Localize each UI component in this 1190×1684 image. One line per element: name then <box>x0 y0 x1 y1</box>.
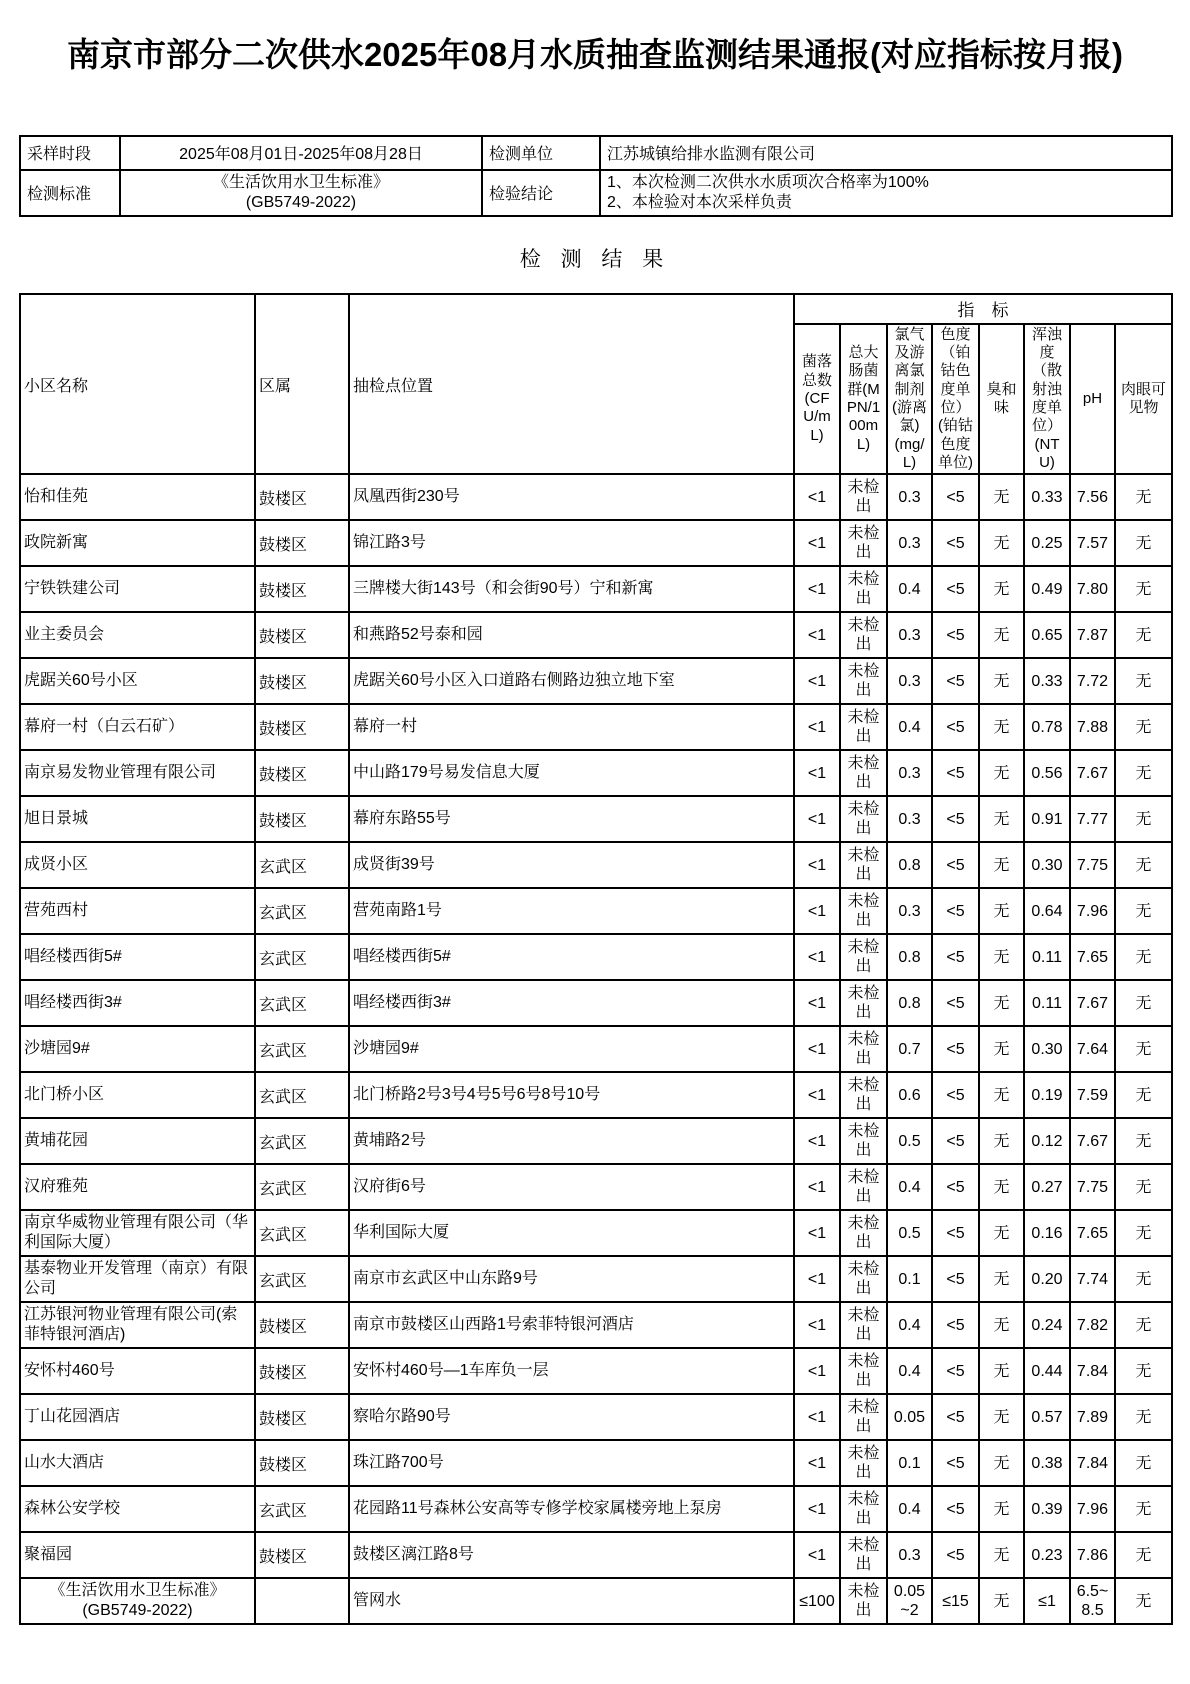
value-cell: <5 <box>932 1210 979 1256</box>
value-cell: 无 <box>1115 980 1172 1026</box>
value-cell: <1 <box>794 1026 840 1072</box>
value-cell: 0.30 <box>1024 1026 1070 1072</box>
value-cell: <1 <box>794 658 840 704</box>
community-name-cell: 政院新寓 <box>20 520 255 566</box>
value-cell: 无 <box>1115 1210 1172 1256</box>
district-cell: 玄武区 <box>255 1256 349 1302</box>
table-row: 山水大酒店鼓楼区珠江路700号<1未检出0.1<5无0.387.84无 <box>20 1440 1172 1486</box>
value-cell: <1 <box>794 842 840 888</box>
value-cell: 无 <box>979 1210 1024 1256</box>
table-row: 黄埔花园玄武区黄埔路2号<1未检出0.5<5无0.127.67无 <box>20 1118 1172 1164</box>
community-name-cell: 山水大酒店 <box>20 1440 255 1486</box>
table-row: 政院新寓鼓楼区锦江路3号<1未检出0.3<5无0.257.57无 <box>20 520 1172 566</box>
value-cell: 0.4 <box>887 1348 932 1394</box>
value-cell: <5 <box>932 1256 979 1302</box>
value-cell: 无 <box>1115 1532 1172 1578</box>
value-cell: 0.24 <box>1024 1302 1070 1348</box>
value-cell: 0.23 <box>1024 1532 1070 1578</box>
value-cell: 无 <box>1115 1348 1172 1394</box>
location-cell: 南京市鼓楼区山西路1号索菲特银河酒店 <box>349 1302 794 1348</box>
value-cell: 7.87 <box>1070 612 1115 658</box>
value-cell: <5 <box>932 842 979 888</box>
community-name-cell: 虎踞关60号小区 <box>20 658 255 704</box>
table-row: 虎踞关60号小区鼓楼区虎踞关60号小区入口道路右侧路边独立地下室<1未检出0.3… <box>20 658 1172 704</box>
location-cell: 黄埔路2号 <box>349 1118 794 1164</box>
value-cell: <5 <box>932 888 979 934</box>
value-cell: <5 <box>932 566 979 612</box>
indicator-header-cell: 肉眼可见物 <box>1115 324 1172 474</box>
value-cell: 0.49 <box>1024 566 1070 612</box>
value-cell: 7.84 <box>1070 1440 1115 1486</box>
value-cell: 7.56 <box>1070 474 1115 520</box>
conclusion-line1: 1、本次检测二次供水水质项次合格率为100% <box>607 173 1165 193</box>
table-row: 聚福园鼓楼区鼓楼区漓江路8号<1未检出0.3<5无0.237.86无 <box>20 1532 1172 1578</box>
value-cell: <1 <box>794 1164 840 1210</box>
value-cell: 无 <box>979 1440 1024 1486</box>
standard-value-cell: 未检出 <box>840 1578 887 1624</box>
value-cell: 未检出 <box>840 1256 887 1302</box>
location-cell: 三牌楼大街143号（和会街90号）宁和新寓 <box>349 566 794 612</box>
value-cell: <1 <box>794 1532 840 1578</box>
district-cell: 鼓楼区 <box>255 796 349 842</box>
community-name-cell: 业主委员会 <box>20 612 255 658</box>
district-cell: 鼓楼区 <box>255 658 349 704</box>
community-name-cell: 安怀村460号 <box>20 1348 255 1394</box>
value-cell: 未检出 <box>840 520 887 566</box>
value-cell: <5 <box>932 520 979 566</box>
value-cell: 无 <box>979 1164 1024 1210</box>
value-cell: 7.84 <box>1070 1348 1115 1394</box>
location-cell: 南京市玄武区中山东路9号 <box>349 1256 794 1302</box>
standard-value-cell: 无 <box>1115 1578 1172 1624</box>
value-cell: <1 <box>794 750 840 796</box>
standard-value-cell: 6.5~8.5 <box>1070 1578 1115 1624</box>
community-name-cell: 幕府一村（白云石矿） <box>20 704 255 750</box>
community-name-cell: 黄埔花园 <box>20 1118 255 1164</box>
value-cell: <1 <box>794 1256 840 1302</box>
value-cell: 0.8 <box>887 934 932 980</box>
standard-label: 检测标准 <box>20 170 120 216</box>
value-cell: 未检出 <box>840 704 887 750</box>
location-cell: 和燕路52号泰和园 <box>349 612 794 658</box>
value-cell: 无 <box>1115 1302 1172 1348</box>
value-cell: 7.75 <box>1070 842 1115 888</box>
table-row: 怡和佳苑鼓楼区凤凰西街230号<1未检出0.3<5无0.337.56无 <box>20 474 1172 520</box>
value-cell: 未检出 <box>840 474 887 520</box>
value-cell: <1 <box>794 1302 840 1348</box>
value-cell: 0.11 <box>1024 980 1070 1026</box>
value-cell: 7.67 <box>1070 980 1115 1026</box>
info-row-sampling: 采样时段 2025年08月01日-2025年08月28日 检测单位 江苏城镇给排… <box>20 136 1172 170</box>
value-cell: 0.1 <box>887 1256 932 1302</box>
value-cell: 未检出 <box>840 612 887 658</box>
value-cell: 0.39 <box>1024 1486 1070 1532</box>
community-name-cell: 唱经楼西街5# <box>20 934 255 980</box>
value-cell: 无 <box>979 1394 1024 1440</box>
standard-value: 《生活饮用水卫生标准》 (GB5749-2022) <box>120 170 482 216</box>
value-cell: 7.72 <box>1070 658 1115 704</box>
value-cell: 7.96 <box>1070 1486 1115 1532</box>
value-cell: <1 <box>794 1072 840 1118</box>
testing-unit-label: 检测单位 <box>482 136 600 170</box>
value-cell: 未检出 <box>840 1302 887 1348</box>
table-row: 幕府一村（白云石矿）鼓楼区幕府一村<1未检出0.4<5无0.787.88无 <box>20 704 1172 750</box>
district-cell: 鼓楼区 <box>255 520 349 566</box>
standard-value-cell: 无 <box>979 1578 1024 1624</box>
value-cell: 0.16 <box>1024 1210 1070 1256</box>
value-cell: 无 <box>979 1348 1024 1394</box>
value-cell: 无 <box>1115 1072 1172 1118</box>
location-cell: 成贤街39号 <box>349 842 794 888</box>
value-cell: 无 <box>1115 474 1172 520</box>
value-cell: 7.96 <box>1070 888 1115 934</box>
value-cell: 0.4 <box>887 1164 932 1210</box>
value-cell: 未检出 <box>840 1394 887 1440</box>
value-cell: 无 <box>1115 566 1172 612</box>
location-cell: 鼓楼区漓江路8号 <box>349 1532 794 1578</box>
value-cell: 0.38 <box>1024 1440 1070 1486</box>
district-cell: 鼓楼区 <box>255 704 349 750</box>
table-row: 业主委员会鼓楼区和燕路52号泰和园<1未检出0.3<5无0.657.87无 <box>20 612 1172 658</box>
value-cell: 未检出 <box>840 1164 887 1210</box>
value-cell: 0.3 <box>887 888 932 934</box>
indicators-header: 指 标 <box>794 294 1172 324</box>
value-cell: 无 <box>1115 520 1172 566</box>
value-cell: <5 <box>932 1302 979 1348</box>
community-name-cell: 营苑西村 <box>20 888 255 934</box>
value-cell: 无 <box>979 1486 1024 1532</box>
value-cell: 无 <box>1115 1256 1172 1302</box>
value-cell: 0.57 <box>1024 1394 1070 1440</box>
value-cell: <1 <box>794 796 840 842</box>
value-cell: 无 <box>979 1118 1024 1164</box>
standard-value-cell: ≤15 <box>932 1578 979 1624</box>
value-cell: 无 <box>979 566 1024 612</box>
sampling-period-label: 采样时段 <box>20 136 120 170</box>
value-cell: 0.64 <box>1024 888 1070 934</box>
community-name-cell: 丁山花园酒店 <box>20 1394 255 1440</box>
location-cell: 花园路11号森林公安高等专修学校家属楼旁地上泵房 <box>349 1486 794 1532</box>
section-title: 检 测 结 果 <box>19 243 1171 273</box>
district-cell: 鼓楼区 <box>255 750 349 796</box>
community-name-cell: 基泰物业开发管理（南京）有限公司 <box>20 1256 255 1302</box>
value-cell: 无 <box>1115 1118 1172 1164</box>
table-row: 森林公安学校玄武区花园路11号森林公安高等专修学校家属楼旁地上泵房<1未检出0.… <box>20 1486 1172 1532</box>
indicator-header-cell: 色度（铂钴色度单位）(铂钴色度单位) <box>932 324 979 474</box>
district-cell: 鼓楼区 <box>255 1348 349 1394</box>
value-cell: 7.80 <box>1070 566 1115 612</box>
value-cell: 无 <box>979 658 1024 704</box>
testing-unit-value: 江苏城镇给排水监测有限公司 <box>600 136 1172 170</box>
location-cell: 唱经楼西街5# <box>349 934 794 980</box>
indicator-header-cell: 氯气及游离氯制剂(游离氯)(mg/L) <box>887 324 932 474</box>
value-cell: 0.30 <box>1024 842 1070 888</box>
value-cell: <1 <box>794 1348 840 1394</box>
location-cell: 幕府一村 <box>349 704 794 750</box>
value-cell: 0.4 <box>887 704 932 750</box>
value-cell: 无 <box>979 842 1024 888</box>
value-cell: 无 <box>1115 1394 1172 1440</box>
value-cell: 0.7 <box>887 1026 932 1072</box>
value-cell: 7.64 <box>1070 1026 1115 1072</box>
table-row: 宁铁铁建公司鼓楼区三牌楼大街143号（和会街90号）宁和新寓<1未检出0.4<5… <box>20 566 1172 612</box>
value-cell: <5 <box>932 1026 979 1072</box>
value-cell: 无 <box>1115 1026 1172 1072</box>
indicator-header-cell: 菌落总数(CFU/mL) <box>794 324 840 474</box>
community-name-cell: 聚福园 <box>20 1532 255 1578</box>
community-name-cell: 江苏银河物业管理有限公司(索菲特银河酒店) <box>20 1302 255 1348</box>
value-cell: 无 <box>979 750 1024 796</box>
value-cell: <1 <box>794 934 840 980</box>
district-cell: 鼓楼区 <box>255 1302 349 1348</box>
value-cell: 0.20 <box>1024 1256 1070 1302</box>
value-cell: 0.5 <box>887 1118 932 1164</box>
table-row: 沙塘园9#玄武区沙塘园9#<1未检出0.7<5无0.307.64无 <box>20 1026 1172 1072</box>
indicator-header-cell: 总大肠菌群(MPN/100mL) <box>840 324 887 474</box>
info-table: 采样时段 2025年08月01日-2025年08月28日 检测单位 江苏城镇给排… <box>19 135 1173 217</box>
community-name-cell: 怡和佳苑 <box>20 474 255 520</box>
value-cell: 0.27 <box>1024 1164 1070 1210</box>
sampling-period-value: 2025年08月01日-2025年08月28日 <box>120 136 482 170</box>
table-row: 南京易发物业管理有限公司鼓楼区中山路179号易发信息大厦<1未检出0.3<5无0… <box>20 750 1172 796</box>
value-cell: 0.33 <box>1024 474 1070 520</box>
location-cell: 凤凰西街230号 <box>349 474 794 520</box>
standard-name-line: (GB5749-2022) <box>24 1601 251 1621</box>
value-cell: 无 <box>1115 934 1172 980</box>
value-cell: 未检出 <box>840 934 887 980</box>
value-cell: 无 <box>979 612 1024 658</box>
value-cell: 0.3 <box>887 612 932 658</box>
value-cell: 0.4 <box>887 1302 932 1348</box>
indicator-header-cell: 浑浊度（散射浊度单位）(NTU) <box>1024 324 1070 474</box>
location-cell: 察哈尔路90号 <box>349 1394 794 1440</box>
results-table: 小区名称 区属 抽检点位置 指 标 菌落总数(CFU/mL)总大肠菌群(MPN/… <box>19 293 1173 1625</box>
value-cell: <5 <box>932 750 979 796</box>
value-cell: 7.86 <box>1070 1532 1115 1578</box>
value-cell: 未检出 <box>840 888 887 934</box>
location-cell: 北门桥路2号3号4号5号6号8号10号 <box>349 1072 794 1118</box>
value-cell: 0.4 <box>887 1486 932 1532</box>
community-name-cell: 成贤小区 <box>20 842 255 888</box>
conclusion-value: 1、本次检测二次供水水质项次合格率为100% 2、本检验对本次采样负责 <box>600 170 1172 216</box>
district-header: 区属 <box>255 294 349 474</box>
value-cell: 无 <box>979 704 1024 750</box>
value-cell: <1 <box>794 980 840 1026</box>
conclusion-line2: 2、本检验对本次采样负责 <box>607 193 1165 213</box>
location-header: 抽检点位置 <box>349 294 794 474</box>
table-row: 基泰物业开发管理（南京）有限公司玄武区南京市玄武区中山东路9号<1未检出0.1<… <box>20 1256 1172 1302</box>
standard-name-line: 《生活饮用水卫生标准》 <box>24 1581 251 1601</box>
value-cell: 7.89 <box>1070 1394 1115 1440</box>
district-cell: 鼓楼区 <box>255 1440 349 1486</box>
standard-value-cell: 0.05~2 <box>887 1578 932 1624</box>
value-cell: 7.82 <box>1070 1302 1115 1348</box>
location-cell: 华利国际大厦 <box>349 1210 794 1256</box>
value-cell: <5 <box>932 934 979 980</box>
value-cell: 无 <box>1115 888 1172 934</box>
location-cell: 沙塘园9# <box>349 1026 794 1072</box>
value-cell: 未检出 <box>840 980 887 1026</box>
table-row: 丁山花园酒店鼓楼区察哈尔路90号<1未检出0.05<5无0.577.89无 <box>20 1394 1172 1440</box>
info-row-standard: 检测标准 《生活饮用水卫生标准》 (GB5749-2022) 检验结论 1、本次… <box>20 170 1172 216</box>
value-cell: 7.59 <box>1070 1072 1115 1118</box>
community-name-cell: 森林公安学校 <box>20 1486 255 1532</box>
location-cell: 汉府街6号 <box>349 1164 794 1210</box>
community-name-cell: 汉府雅苑 <box>20 1164 255 1210</box>
location-cell: 营苑南路1号 <box>349 888 794 934</box>
value-cell: <5 <box>932 704 979 750</box>
location-cell: 锦江路3号 <box>349 520 794 566</box>
value-cell: 未检出 <box>840 1348 887 1394</box>
value-cell: <5 <box>932 980 979 1026</box>
value-cell: <5 <box>932 474 979 520</box>
table-row: 唱经楼西街3#玄武区唱经楼西街3#<1未检出0.8<5无0.117.67无 <box>20 980 1172 1026</box>
value-cell: 无 <box>1115 612 1172 658</box>
value-cell: <1 <box>794 474 840 520</box>
table-row: 唱经楼西街5#玄武区唱经楼西街5#<1未检出0.8<5无0.117.65无 <box>20 934 1172 980</box>
value-cell: 未检出 <box>840 1440 887 1486</box>
value-cell: 7.77 <box>1070 796 1115 842</box>
location-cell: 唱经楼西街3# <box>349 980 794 1026</box>
value-cell: 0.12 <box>1024 1118 1070 1164</box>
value-cell: 无 <box>1115 704 1172 750</box>
district-cell: 鼓楼区 <box>255 1532 349 1578</box>
district-cell: 玄武区 <box>255 980 349 1026</box>
value-cell: <5 <box>932 1440 979 1486</box>
value-cell: 0.19 <box>1024 1072 1070 1118</box>
value-cell: <1 <box>794 888 840 934</box>
table-row: 南京华威物业管理有限公司（华利国际大厦）玄武区华利国际大厦<1未检出0.5<5无… <box>20 1210 1172 1256</box>
conclusion-label: 检验结论 <box>482 170 600 216</box>
standard-row: 《生活饮用水卫生标准》(GB5749-2022)管网水≤100未检出0.05~2… <box>20 1578 1172 1624</box>
community-name-cell: 宁铁铁建公司 <box>20 566 255 612</box>
value-cell: 0.4 <box>887 566 932 612</box>
value-cell: <5 <box>932 1118 979 1164</box>
table-row: 成贤小区玄武区成贤街39号<1未检出0.8<5无0.307.75无 <box>20 842 1172 888</box>
value-cell: <5 <box>932 612 979 658</box>
value-cell: 0.3 <box>887 520 932 566</box>
value-cell: 无 <box>979 1532 1024 1578</box>
value-cell: 未检出 <box>840 658 887 704</box>
location-cell: 珠江路700号 <box>349 1440 794 1486</box>
value-cell: 0.3 <box>887 474 932 520</box>
value-cell: 0.05 <box>887 1394 932 1440</box>
standard-value-line2: (GB5749-2022) <box>127 193 475 213</box>
value-cell: <1 <box>794 1118 840 1164</box>
value-cell: 无 <box>1115 658 1172 704</box>
value-cell: 0.25 <box>1024 520 1070 566</box>
value-cell: 无 <box>979 1256 1024 1302</box>
district-cell: 鼓楼区 <box>255 612 349 658</box>
district-cell: 鼓楼区 <box>255 1394 349 1440</box>
value-cell: 无 <box>1115 1164 1172 1210</box>
district-cell: 玄武区 <box>255 1072 349 1118</box>
value-cell: 未检出 <box>840 796 887 842</box>
location-cell: 安怀村460号—1车库负一层 <box>349 1348 794 1394</box>
community-name-header: 小区名称 <box>20 294 255 474</box>
value-cell: 无 <box>1115 1440 1172 1486</box>
standard-value-line1: 《生活饮用水卫生标准》 <box>127 173 475 193</box>
community-name-cell: 唱经楼西街3# <box>20 980 255 1026</box>
value-cell: <5 <box>932 658 979 704</box>
value-cell: 无 <box>1115 750 1172 796</box>
value-cell: 7.67 <box>1070 750 1115 796</box>
value-cell: 0.44 <box>1024 1348 1070 1394</box>
value-cell: 无 <box>979 888 1024 934</box>
value-cell: 0.3 <box>887 1532 932 1578</box>
table-row: 汉府雅苑玄武区汉府街6号<1未检出0.4<5无0.277.75无 <box>20 1164 1172 1210</box>
value-cell: 未检出 <box>840 750 887 796</box>
value-cell: 0.3 <box>887 796 932 842</box>
value-cell: 无 <box>979 1026 1024 1072</box>
value-cell: <1 <box>794 1210 840 1256</box>
page-title: 南京市部分二次供水2025年08月水质抽查监测结果通报(对应指标按月报) <box>19 34 1171 77</box>
community-name-cell: 北门桥小区 <box>20 1072 255 1118</box>
header-row-top: 小区名称 区属 抽检点位置 指 标 <box>20 294 1172 324</box>
district-cell: 鼓楼区 <box>255 566 349 612</box>
value-cell: 未检出 <box>840 1072 887 1118</box>
value-cell: <5 <box>932 1348 979 1394</box>
value-cell: <1 <box>794 520 840 566</box>
standard-district-cell <box>255 1578 349 1624</box>
value-cell: 未检出 <box>840 1118 887 1164</box>
district-cell: 玄武区 <box>255 842 349 888</box>
value-cell: 0.78 <box>1024 704 1070 750</box>
value-cell: 未检出 <box>840 1532 887 1578</box>
value-cell: 无 <box>1115 796 1172 842</box>
district-cell: 玄武区 <box>255 1210 349 1256</box>
value-cell: 7.67 <box>1070 1118 1115 1164</box>
value-cell: <1 <box>794 704 840 750</box>
district-cell: 玄武区 <box>255 934 349 980</box>
value-cell: <5 <box>932 1072 979 1118</box>
value-cell: 未检出 <box>840 1026 887 1072</box>
value-cell: 无 <box>979 474 1024 520</box>
value-cell: 0.56 <box>1024 750 1070 796</box>
standard-name-cell: 《生活饮用水卫生标准》(GB5749-2022) <box>20 1578 255 1624</box>
community-name-cell: 南京华威物业管理有限公司（华利国际大厦） <box>20 1210 255 1256</box>
indicator-header-cell: pH <box>1070 324 1115 474</box>
table-row: 江苏银河物业管理有限公司(索菲特银河酒店)鼓楼区南京市鼓楼区山西路1号索菲特银河… <box>20 1302 1172 1348</box>
value-cell: <5 <box>932 1486 979 1532</box>
report-page: 南京市部分二次供水2025年08月水质抽查监测结果通报(对应指标按月报) 采样时… <box>19 0 1171 1625</box>
value-cell: <5 <box>932 796 979 842</box>
value-cell: 0.11 <box>1024 934 1070 980</box>
district-cell: 鼓楼区 <box>255 474 349 520</box>
district-cell: 玄武区 <box>255 888 349 934</box>
table-row: 安怀村460号鼓楼区安怀村460号—1车库负一层<1未检出0.4<5无0.447… <box>20 1348 1172 1394</box>
community-name-cell: 沙塘园9# <box>20 1026 255 1072</box>
value-cell: 无 <box>979 934 1024 980</box>
value-cell: 无 <box>979 520 1024 566</box>
value-cell: 7.88 <box>1070 704 1115 750</box>
standard-value-cell: ≤100 <box>794 1578 840 1624</box>
district-cell: 玄武区 <box>255 1164 349 1210</box>
value-cell: 0.8 <box>887 842 932 888</box>
results-tbody: 怡和佳苑鼓楼区凤凰西街230号<1未检出0.3<5无0.337.56无政院新寓鼓… <box>20 474 1172 1624</box>
standard-location-cell: 管网水 <box>349 1578 794 1624</box>
value-cell: <5 <box>932 1164 979 1210</box>
location-cell: 幕府东路55号 <box>349 796 794 842</box>
table-row: 营苑西村玄武区营苑南路1号<1未检出0.3<5无0.647.96无 <box>20 888 1172 934</box>
value-cell: <1 <box>794 1486 840 1532</box>
value-cell: 7.74 <box>1070 1256 1115 1302</box>
value-cell: 未检出 <box>840 842 887 888</box>
value-cell: 无 <box>979 1072 1024 1118</box>
value-cell: 0.8 <box>887 980 932 1026</box>
value-cell: 7.75 <box>1070 1164 1115 1210</box>
standard-value-cell: ≤1 <box>1024 1578 1070 1624</box>
